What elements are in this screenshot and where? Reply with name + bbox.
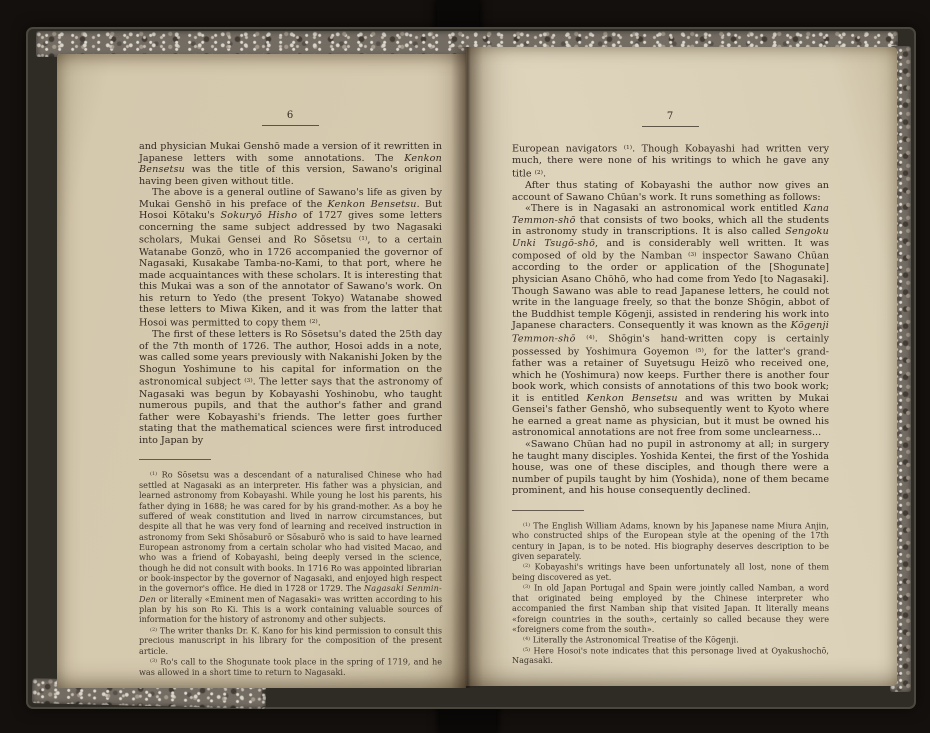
header-rule-right xyxy=(642,126,699,127)
paragraph: European navigators (1). Though Kobayash… xyxy=(512,142,829,180)
footnote-reference: (3) xyxy=(244,377,252,384)
footnote-reference: (5) xyxy=(695,347,703,354)
book-scan-photo: 6 and physician Mukai Genshō made a vers… xyxy=(0,0,930,733)
footnote-marker: (3) xyxy=(150,658,157,664)
footnote-marker: (3) xyxy=(523,584,530,590)
footnote-reference: (4) xyxy=(586,334,594,341)
header-rule-left xyxy=(262,125,319,126)
text-run: Kobayashi's writings have been unfortuna… xyxy=(512,562,829,582)
footnote-marker: (2) xyxy=(150,627,157,633)
page-right-text-column: 7 European navigators (1). Though Kobaya… xyxy=(512,111,829,666)
paragraph: After thus stating of Kobayashi the auth… xyxy=(512,180,829,203)
text-run: inspector Sawano Chūan according to the … xyxy=(512,251,829,331)
footnote: (1) The English William Adams, known by … xyxy=(512,520,829,562)
footnote: (1) Ro Sōsetsu was a descendant of a nat… xyxy=(139,469,442,624)
text-run xyxy=(576,333,587,344)
footnote-marker: (1) xyxy=(150,471,157,477)
footnote-separator-left xyxy=(139,459,211,460)
footnote-separator-right xyxy=(512,510,584,511)
page-left-footnotes: (1) Ro Sōsetsu was a descendant of a nat… xyxy=(139,469,442,677)
text-run: After thus stating of Kobayashi the auth… xyxy=(512,180,829,203)
page-left-text-column: 6 and physician Mukai Genshō made a vers… xyxy=(139,110,442,677)
footnote: (5) Here Hosoi's note indicates that thi… xyxy=(512,645,829,666)
text-run: or literally «Eminent men of Nagasaki» w… xyxy=(139,594,442,625)
footnote: (4) Literally the Astronomical Treatise … xyxy=(512,634,829,645)
text-run: Ro Sōsetsu was a descendant of a natural… xyxy=(139,469,442,593)
page-left: 6 and physician Mukai Genshō made a vers… xyxy=(57,54,466,688)
text-run: Literally the Astronomical Treatise of t… xyxy=(533,635,739,645)
footnote-marker: (2) xyxy=(523,563,530,569)
footnote-reference: (2) xyxy=(535,169,543,176)
footnote: (2) The writer thanks Dr. K. Kano for hi… xyxy=(139,625,442,656)
footnote: (2) Kobayashi's writings have been unfor… xyxy=(512,561,829,582)
italic-title: Sokuryō Hisho xyxy=(220,210,297,221)
footnote: (3) Ro's call to the Shogunate took plac… xyxy=(139,656,442,677)
paragraph: «Sawano Chūan had no pupil in astronomy … xyxy=(512,439,829,497)
text-run: The English William Adams, known by his … xyxy=(512,520,829,561)
text-run: . xyxy=(318,318,321,329)
page-right: 7 European navigators (1). Though Kobaya… xyxy=(466,47,897,686)
footnote-marker: (4) xyxy=(523,636,530,642)
page-right-body-text: European navigators (1). Though Kobayash… xyxy=(512,142,829,497)
footnote-marker: (1) xyxy=(523,522,530,528)
text-run: was the title of this version, Sawano's … xyxy=(139,164,442,187)
text-run: Here Hosoi's note indicates that this pe… xyxy=(512,645,829,665)
paragraph: «There is in Nagasaki an astronomical wo… xyxy=(512,203,829,439)
paragraph: The first of these letters is Ro Sōsetsu… xyxy=(139,329,442,446)
footnote-reference: (2) xyxy=(309,318,317,325)
paragraph: and physician Mukai Genshō made a versio… xyxy=(139,141,442,187)
italic-title: Kenkon Bensetsu xyxy=(586,393,677,404)
text-run: Ro's call to the Shogunate took place in… xyxy=(139,656,442,676)
footnote: (3) In old Japan Portugal and Spain were… xyxy=(512,582,829,634)
text-run: . xyxy=(543,168,546,179)
page-number-left: 6 xyxy=(139,110,442,121)
text-run: «There is in Nagasaki an astronomical wo… xyxy=(525,203,803,214)
footnote-reference: (1) xyxy=(624,144,632,151)
text-run: In old Japan Portugal and Spain were joi… xyxy=(512,583,829,634)
page-left-body-text: and physician Mukai Genshō made a versio… xyxy=(139,141,442,446)
text-run: and physician Mukai Genshō made a versio… xyxy=(139,141,442,164)
text-run: The writer thanks Dr. K. Kano for his ki… xyxy=(139,625,442,656)
italic-title: Kenkon Bensetsu xyxy=(327,199,416,210)
paragraph: The above is a general outline of Sawano… xyxy=(139,187,442,329)
text-run: «Sawano Chūan had no pupil in astronomy … xyxy=(512,439,829,496)
page-number-right: 7 xyxy=(512,111,829,122)
text-run: , to a certain Watanabe Gonzō, who in 17… xyxy=(139,235,442,329)
text-run: European navigators xyxy=(512,144,624,155)
footnote-marker: (5) xyxy=(523,647,530,653)
page-right-footnotes: (1) The English William Adams, known by … xyxy=(512,520,829,666)
